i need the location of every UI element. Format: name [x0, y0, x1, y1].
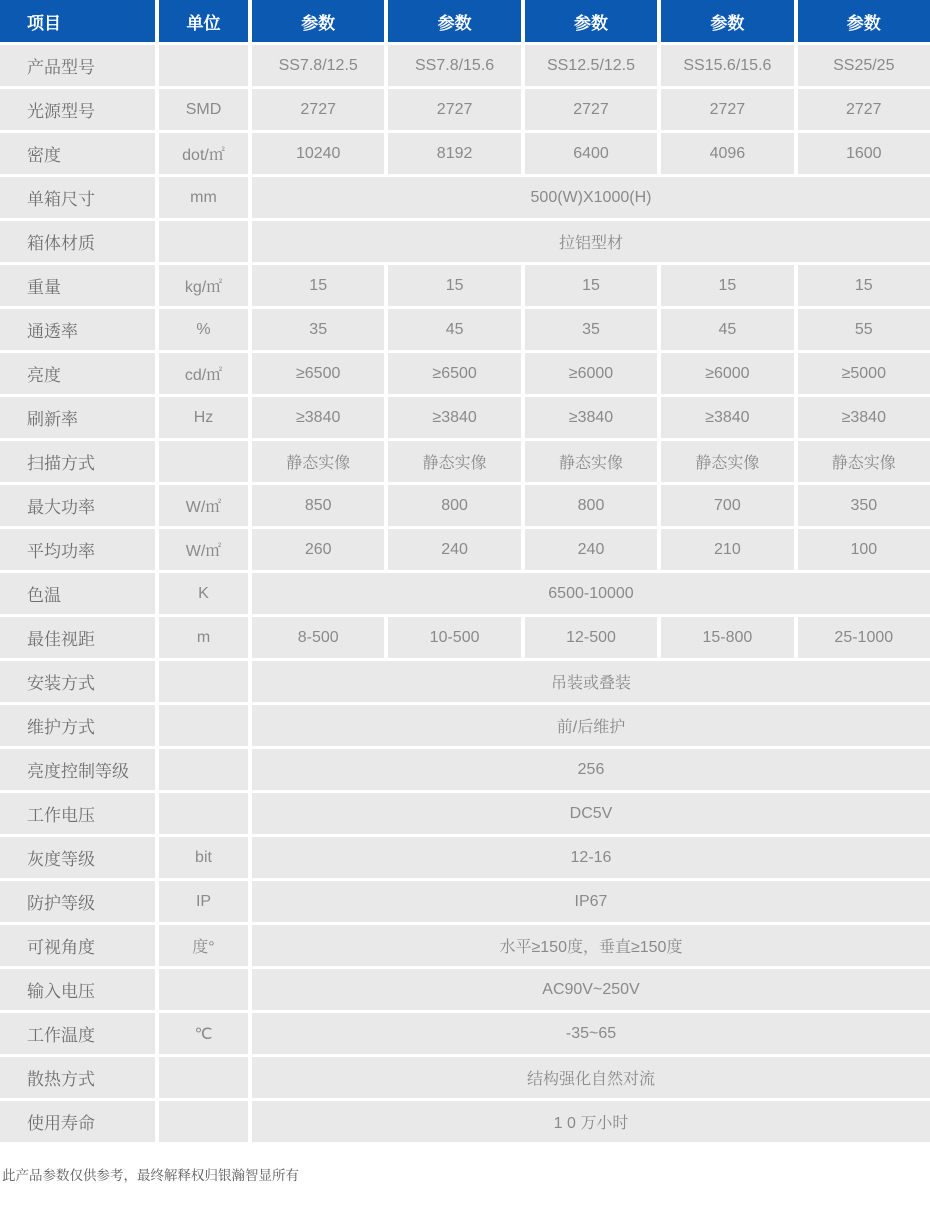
row-value: 10240: [252, 133, 384, 174]
row-value: 8192: [388, 133, 520, 174]
row-span-value: -35~65: [252, 1013, 930, 1054]
row-label: 箱体材质: [0, 221, 155, 262]
row-value: 25-1000: [798, 617, 930, 658]
row-value: 210: [661, 529, 793, 570]
row-value: ≥3840: [661, 397, 793, 438]
row-unit: [159, 221, 248, 262]
row-unit: dot/㎡: [159, 133, 248, 174]
row-value: 静态实像: [252, 441, 384, 482]
row-unit: [159, 1101, 248, 1142]
row-unit: ℃: [159, 1013, 248, 1054]
row-unit: [159, 441, 248, 482]
row-value: 静态实像: [525, 441, 657, 482]
row-value: ≥3840: [525, 397, 657, 438]
spec-sheet: 项目 单位 参数 参数 参数 参数 参数 产品型号SS7.8/12.5SS7.8…: [0, 0, 930, 1209]
row-label: 产品型号: [0, 45, 155, 86]
row-value: 15: [798, 265, 930, 306]
row-value: ≥6500: [388, 353, 520, 394]
row-value: 2727: [252, 89, 384, 130]
row-unit: K: [159, 573, 248, 614]
header-cell-param: 参数: [798, 0, 930, 42]
header-cell-param: 参数: [388, 0, 520, 42]
row-value: ≥3840: [252, 397, 384, 438]
row-value: 2727: [661, 89, 793, 130]
row-value: 800: [388, 485, 520, 526]
row-label: 扫描方式: [0, 441, 155, 482]
footer-note: 此产品参数仅供参考，最终解释权归银瀚智显所有: [0, 1164, 930, 1184]
row-value: 45: [661, 309, 793, 350]
row-unit: bit: [159, 837, 248, 878]
row-span-value: 256: [252, 749, 930, 790]
row-label: 灰度等级: [0, 837, 155, 878]
row-value: ≥3840: [388, 397, 520, 438]
row-label: 工作温度: [0, 1013, 155, 1054]
spec-table: 项目 单位 参数 参数 参数 参数 参数 产品型号SS7.8/12.5SS7.8…: [0, 0, 930, 1142]
row-value: SS12.5/12.5: [525, 45, 657, 86]
row-span-value: 6500-10000: [252, 573, 930, 614]
row-value: 240: [525, 529, 657, 570]
row-value: 12-500: [525, 617, 657, 658]
row-value: 700: [661, 485, 793, 526]
row-unit: IP: [159, 881, 248, 922]
row-value: ≥6000: [525, 353, 657, 394]
row-label: 工作电压: [0, 793, 155, 834]
row-value: ≥6500: [252, 353, 384, 394]
row-unit: 度°: [159, 925, 248, 966]
row-unit: Hz: [159, 397, 248, 438]
row-value: 15-800: [661, 617, 793, 658]
row-unit: [159, 749, 248, 790]
row-value: 800: [525, 485, 657, 526]
row-unit: W/㎡: [159, 485, 248, 526]
row-value: SS7.8/12.5: [252, 45, 384, 86]
row-unit: SMD: [159, 89, 248, 130]
row-unit: [159, 969, 248, 1010]
row-label: 亮度: [0, 353, 155, 394]
row-span-value: 500(W)X1000(H): [252, 177, 930, 218]
row-span-value: 12-16: [252, 837, 930, 878]
row-span-value: 1 0 万小时: [252, 1101, 930, 1142]
row-value: 15: [525, 265, 657, 306]
row-value: 6400: [525, 133, 657, 174]
row-value: 8-500: [252, 617, 384, 658]
row-label: 密度: [0, 133, 155, 174]
row-value: 45: [388, 309, 520, 350]
row-value: SS25/25: [798, 45, 930, 86]
row-value: 35: [252, 309, 384, 350]
row-value: 15: [388, 265, 520, 306]
row-value: ≥5000: [798, 353, 930, 394]
row-unit: mm: [159, 177, 248, 218]
row-value: 55: [798, 309, 930, 350]
row-value: 260: [252, 529, 384, 570]
row-unit: kg/㎡: [159, 265, 248, 306]
row-unit: cd/㎡: [159, 353, 248, 394]
row-span-value: 结构强化自然对流: [252, 1057, 930, 1098]
row-value: 4096: [661, 133, 793, 174]
row-value: 静态实像: [798, 441, 930, 482]
row-value: 静态实像: [388, 441, 520, 482]
row-span-value: DC5V: [252, 793, 930, 834]
row-label: 重量: [0, 265, 155, 306]
row-value: 850: [252, 485, 384, 526]
row-value: 1600: [798, 133, 930, 174]
row-unit: %: [159, 309, 248, 350]
row-span-value: 拉铝型材: [252, 221, 930, 262]
row-value: 2727: [388, 89, 520, 130]
header-cell-param: 参数: [252, 0, 384, 42]
row-value: 2727: [525, 89, 657, 130]
row-unit: [159, 661, 248, 702]
row-span-value: 前/后维护: [252, 705, 930, 746]
row-label: 平均功率: [0, 529, 155, 570]
row-label: 通透率: [0, 309, 155, 350]
row-unit: [159, 705, 248, 746]
row-label: 最大功率: [0, 485, 155, 526]
row-label: 色温: [0, 573, 155, 614]
row-value: ≥6000: [661, 353, 793, 394]
row-value: 100: [798, 529, 930, 570]
row-value: SS7.8/15.6: [388, 45, 520, 86]
row-label: 单箱尺寸: [0, 177, 155, 218]
header-cell-param: 参数: [525, 0, 657, 42]
row-value: 静态实像: [661, 441, 793, 482]
row-label: 维护方式: [0, 705, 155, 746]
row-label: 使用寿命: [0, 1101, 155, 1142]
row-label: 亮度控制等级: [0, 749, 155, 790]
row-value: 15: [252, 265, 384, 306]
row-unit: [159, 45, 248, 86]
row-span-value: IP67: [252, 881, 930, 922]
row-value: 2727: [798, 89, 930, 130]
row-value: SS15.6/15.6: [661, 45, 793, 86]
row-label: 刷新率: [0, 397, 155, 438]
row-label: 防护等级: [0, 881, 155, 922]
row-label: 光源型号: [0, 89, 155, 130]
row-value: ≥3840: [798, 397, 930, 438]
row-span-value: AC90V~250V: [252, 969, 930, 1010]
row-label: 散热方式: [0, 1057, 155, 1098]
row-value: 15: [661, 265, 793, 306]
row-label: 可视角度: [0, 925, 155, 966]
row-unit: m: [159, 617, 248, 658]
row-span-value: 吊装或叠装: [252, 661, 930, 702]
header-cell-unit: 单位: [159, 0, 248, 42]
header-cell-item: 项目: [0, 0, 155, 42]
row-unit: [159, 1057, 248, 1098]
row-span-value: 水平≥150度，垂直≥150度: [252, 925, 930, 966]
row-value: 35: [525, 309, 657, 350]
row-unit: [159, 793, 248, 834]
row-value: 350: [798, 485, 930, 526]
row-label: 安装方式: [0, 661, 155, 702]
row-label: 最佳视距: [0, 617, 155, 658]
row-unit: W/㎡: [159, 529, 248, 570]
row-value: 10-500: [388, 617, 520, 658]
header-cell-param: 参数: [661, 0, 793, 42]
row-value: 240: [388, 529, 520, 570]
row-label: 输入电压: [0, 969, 155, 1010]
